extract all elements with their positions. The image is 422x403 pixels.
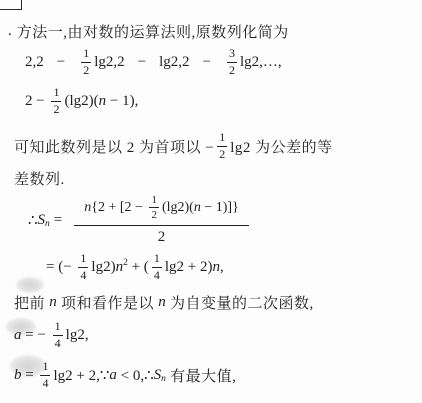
fraction-denominator: 4 [53,335,63,350]
scan-smudge [16,277,44,293]
fraction-numerator: 1 [51,86,61,100]
formula-text: lg2 + 2,∵ [53,366,109,385]
formula-text: < 0,∴ [117,366,154,385]
sum-formula-line: ∴ S n = n {2 + [2 − 1 2 (lg2)( n − 1)]} … [28,193,249,247]
fraction-three-halves: 3 2 [227,47,237,76]
fraction-one-fourth: 1 4 [53,320,63,349]
fraction-numerator: 1 [78,252,88,266]
fraction-denominator: 2 [149,207,159,221]
subscript-n: n [161,374,166,384]
fraction-numerator: 1 [217,131,227,145]
formula-text: = [22,367,38,384]
variable-n: n [99,93,107,110]
variable-a: a [109,367,117,384]
fraction-one-fourth: 1 4 [152,252,162,281]
subscript-n: n [45,219,50,229]
term-1: 2,2 [25,54,44,71]
intro-text: 方法一,由对数的运算法则,原数列化简为 [17,21,289,42]
variable-n: n [194,200,201,216]
minus-sign: − [203,54,211,71]
statement-text: lg2 为公差的等 [230,136,332,157]
fraction-denominator: 2 [217,146,227,161]
statement-text: 为自变量的二次函数, [166,292,314,313]
box-corner-fragment [0,0,22,10]
fraction-denominator: 2 [51,101,61,116]
term-text: − 1), [106,93,138,110]
sequence-terms-line: 2,2 − 1 2 lg2,2 − lg2,2 − 3 2 lg2,…, [25,47,282,77]
variable-a: a [14,327,22,344]
fraction-one-half: 1 2 [149,194,159,221]
coefficient-b-line: b = 1 4 lg2 + 2,∵ a < 0,∴ S n 有最大值, [14,360,236,390]
numerator-text: (lg2)( [162,200,194,216]
fraction-numerator: 3 [227,47,237,61]
solution-intro-line: . 方法一,由对数的运算法则,原数列化简为 [8,21,289,42]
general-term-line: 2 − 1 2 (lg2)( n − 1), [25,86,138,116]
fraction-numerator: 1 [149,194,159,207]
fraction-denominator: 4 [78,267,88,282]
formula-text: lg2 + 2) [165,259,213,276]
formula-text: + ( [128,259,149,276]
numerator-text: {2 + [2 − [91,200,146,216]
numerator-text: − 1)]} [201,200,239,216]
fraction-numerator: 1 [53,320,63,334]
fraction-one-half: 1 2 [81,47,91,76]
fraction-denominator: 4 [40,375,50,390]
minus-sign: − [57,54,65,71]
big-fraction: n {2 + [2 − 1 2 (lg2)( n − 1)]} 2 [74,194,249,246]
statement-text: 可知此数列是以 2 为首项以 − [14,136,214,157]
quadratic-form-line: = (− 1 4 lg2) n 2 + ( 1 4 lg2 + 2) n , [46,251,224,283]
fraction-numerator: 1 [152,252,162,266]
fraction-denominator: 4 [152,267,162,282]
coefficient-a-line: a = − 1 4 lg2, [14,320,89,350]
statement-text: 把前 [14,292,49,313]
term-4: lg2,…, [240,54,282,71]
term-2: lg2,2 [94,54,124,71]
variable-n: n [158,294,166,311]
variable-b: b [14,367,22,384]
formula-text: lg2) [91,259,115,276]
fraction-denominator: 2 [227,62,237,77]
minus-sign: − [138,54,146,71]
formula-text: , [220,259,224,276]
fraction-one-fourth: 1 4 [78,252,88,281]
fraction-numerator: 1 [81,47,91,61]
variable-S: S [38,212,46,229]
variable-n: n [84,200,91,216]
formula-text: lg2, [66,327,89,344]
fraction-one-half: 1 2 [51,86,61,115]
statement-continuation: 差数列. [14,168,65,189]
superscript-2: 2 [123,258,128,268]
statement-text: 项和看作是以 [57,292,159,313]
term-text: (lg2)( [64,93,98,110]
conclusion-text: 有最大值, [166,365,237,386]
variable-S: S [154,367,162,384]
fraction-one-half: 1 2 [217,131,227,160]
formula-text: = − [22,327,50,344]
fraction-one-fourth: 1 4 [40,360,50,389]
big-fraction-numerator: n {2 + [2 − 1 2 (lg2)( n − 1)]} [74,194,249,225]
variable-n: n [212,259,220,276]
fraction-numerator: 1 [40,360,50,374]
term-3: lg2,2 [159,54,189,71]
therefore-symbol: ∴ [28,211,38,230]
scanned-math-solution-page: . 方法一,由对数的运算法则,原数列化简为 2,2 − 1 2 lg2,2 − … [0,0,422,403]
variable-n: n [116,259,124,276]
equals-sign: = [54,212,62,229]
big-fraction-denominator: 2 [74,225,249,246]
term-text: 2 − [25,93,48,110]
formula-text: = (− [46,259,75,276]
fraction-denominator: 2 [81,62,91,77]
statement-text: 差数列. [14,168,65,189]
quadratic-statement-line: 把前 n 项和看作是以 n 为自变量的二次函数, [14,292,314,313]
leading-period: . [8,23,12,40]
variable-n: n [49,294,57,311]
arithmetic-sequence-statement: 可知此数列是以 2 为首项以 − 1 2 lg2 为公差的等 [14,131,333,161]
